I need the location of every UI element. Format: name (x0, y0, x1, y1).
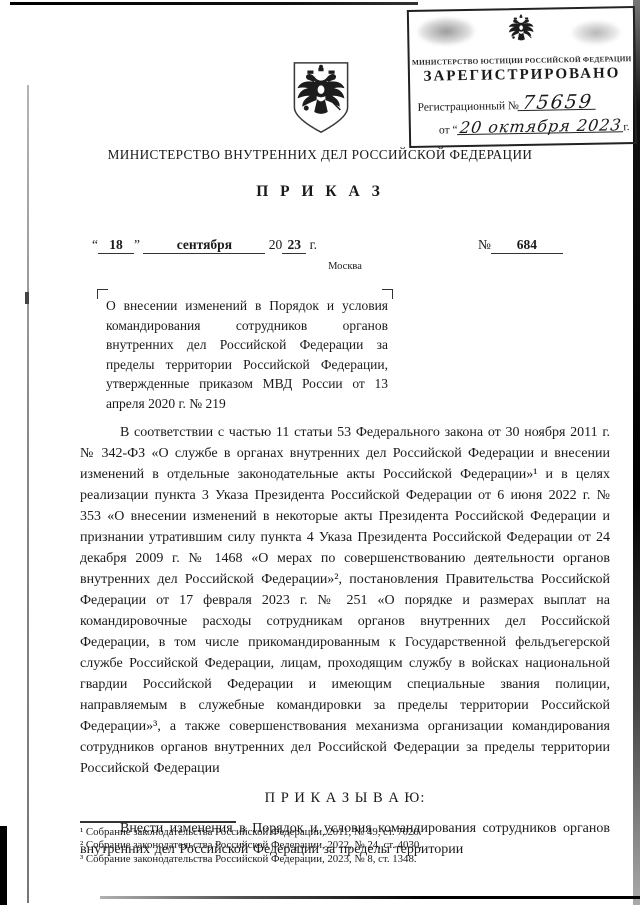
number-value: 684 (491, 237, 563, 254)
footnote-separator (80, 821, 236, 823)
order-date: “18” сентября 2023 г. (92, 237, 317, 254)
stamp-from-label: от (439, 124, 450, 136)
stamp-registered-label: ЗАРЕГИСТРИРОВАНО (410, 65, 634, 86)
stamp-smudge-left (417, 17, 475, 46)
prikazyvayu-heading: П Р И К А З Ы В А Ю: (80, 788, 610, 809)
city-label: Москва (80, 261, 610, 272)
corner-mark-right (382, 289, 393, 299)
stamp-registration-number-row: Регистрационный №75659 (417, 95, 597, 114)
scan-artifact-bottom-line (100, 896, 640, 899)
date-month: сентября (143, 237, 265, 254)
order-number: №684 (478, 237, 563, 254)
order-subject-text: О внесении изменений в Порядок и условия… (106, 298, 388, 411)
date-number-line: “18” сентября 2023 г. №684 Москва (80, 237, 610, 279)
stamp-smudge-right (571, 20, 621, 45)
footnotes: ¹ Собрание законодательства Российской Ф… (80, 826, 610, 866)
order-body: В соответствии с частью 11 статьи 53 Фед… (80, 422, 610, 860)
footnote-3: ³ Собрание законодательства Российской Ф… (80, 853, 610, 866)
mvd-coat-of-arms-icon (287, 60, 355, 136)
date-year-unit: г. (310, 237, 317, 252)
scan-artifact-bottom-left-block (0, 826, 7, 905)
corner-mark-left (97, 289, 108, 299)
ministry-title: МИНИСТЕРСТВО ВНУТРЕННИХ ДЕЛ РОССИЙСКОЙ Ф… (0, 147, 640, 163)
stamp-eagle-emblem-icon (504, 13, 539, 53)
date-day: 18 (98, 237, 134, 254)
stamp-year-unit: г. (623, 121, 630, 133)
body-paragraph-1: В соответствии с частью 11 статьи 53 Фед… (80, 422, 610, 779)
stamp-date-handwritten: 20 октября 2023 (457, 118, 625, 135)
stamp-reg-number-handwritten: 75659 (518, 95, 598, 111)
scan-artifact-left-tick (25, 292, 29, 304)
document-page: МИНИСТЕРСТВО ЮСТИЦИИ РОССИЙСКОЙ ФЕДЕРАЦИ… (0, 0, 640, 905)
footnote-1: ¹ Собрание законодательства Российской Ф… (80, 826, 610, 839)
registration-stamp: МИНИСТЕРСТВО ЮСТИЦИИ РОССИЙСКОЙ ФЕДЕРАЦИ… (407, 6, 637, 148)
stamp-reg-label: Регистрационный № (417, 100, 519, 114)
scan-artifact-left-line (27, 85, 29, 903)
order-title: П Р И К А З (0, 183, 640, 201)
footnote-2: ² Собрание законодательства Российской Ф… (80, 839, 610, 852)
date-close-quote: ” (134, 237, 140, 252)
order-subject: О внесении изменений в Порядок и условия… (106, 296, 388, 413)
date-year-prefix: 20 (269, 237, 283, 252)
date-year-suffix: 23 (282, 237, 306, 254)
number-sign: № (478, 237, 491, 252)
stamp-date-row: от “20 октября 2023г. (439, 118, 630, 136)
scan-artifact-top-line (10, 2, 418, 5)
